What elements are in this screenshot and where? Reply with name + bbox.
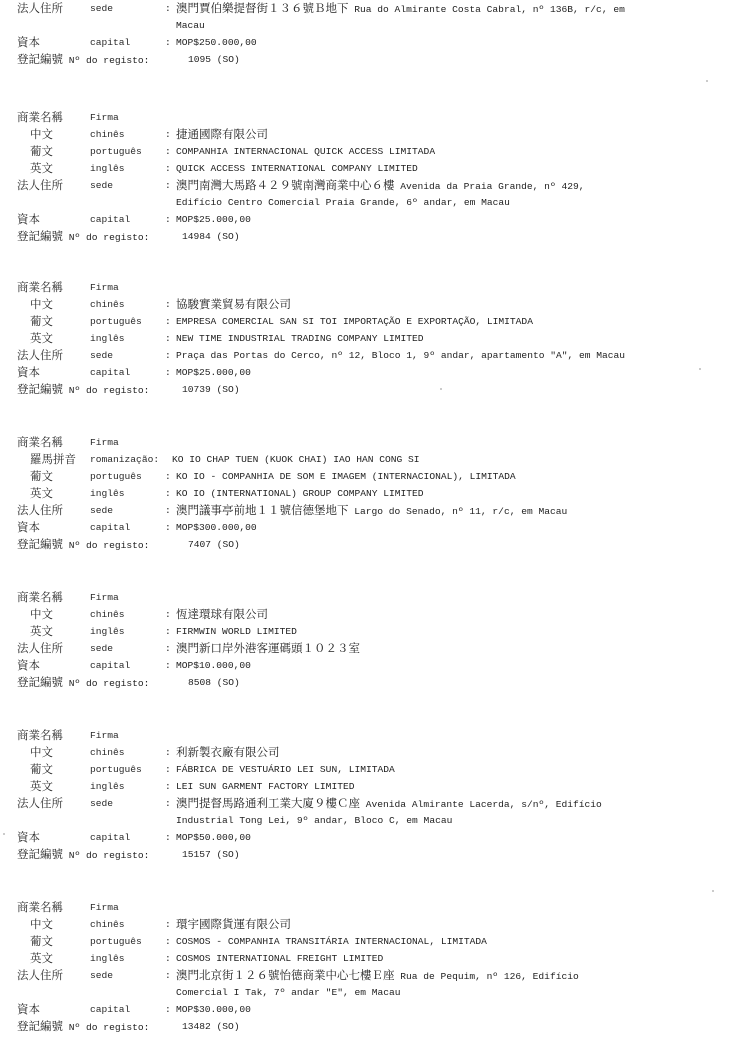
chines-value: 捷通國際有限公司: [176, 126, 268, 144]
sede-value: Praça das Portas do Cerco, nº 12, Bloco …: [176, 347, 625, 364]
company-entry-6: 商業名稱 Firma 中文 chinês : 環宇國際貨運有限公司 葡文 por…: [0, 899, 732, 1035]
registo-row: 登記編號 Nº do registo: 10739 (SO): [0, 381, 732, 398]
portugues-label-zh: 葡文: [30, 468, 53, 485]
sede-pt-cont: Comercial I Tak, 7º andar "E", em Macau: [176, 984, 401, 1001]
portugues-label-zh: 葡文: [30, 933, 53, 950]
colon: :: [165, 761, 171, 778]
capital-label-zh: 資本: [17, 1001, 40, 1018]
ingles-label-zh: 英文: [30, 778, 53, 795]
chines-name: 捷通國際有限公司: [176, 127, 268, 141]
registo-value: 1095 (SO): [188, 51, 240, 68]
colon: :: [165, 519, 171, 536]
ingles-value: COSMOS INTERNATIONAL FREIGHT LIMITED: [176, 950, 383, 967]
firma-label-zh: 商業名稱: [17, 727, 63, 744]
sede-value: 澳門賈伯樂提督街１３６號Ｂ地下 Rua do Almirante Costa C…: [176, 0, 625, 18]
portugues-label-zh: 葡文: [30, 761, 53, 778]
registo-label-zh: 登記編號: [17, 847, 63, 861]
ingles-value: LEI SUN GARMENT FACTORY LIMITED: [176, 778, 354, 795]
chines-value: 環宇國際貨運有限公司: [176, 916, 291, 934]
ingles-label-pt: inglês: [90, 485, 125, 502]
registo-row: 登記編號 Nº do registo: 1095 (SO): [0, 51, 732, 68]
portugues-value: COMPANHIA INTERNACIONAL QUICK ACCESS LIM…: [176, 143, 435, 160]
portugues-label-pt: português: [90, 761, 142, 778]
capital-label-zh: 資本: [17, 829, 40, 846]
registo-value: 8508 (SO): [188, 674, 240, 691]
colon: :: [165, 296, 171, 313]
ingles-row: 英文 inglês : KO IO (INTERNATIONAL) GROUP …: [0, 485, 732, 502]
registo-label-pt: Nº do registo:: [69, 55, 150, 66]
capital-label-pt: capital: [90, 829, 130, 846]
ingles-row: 英文 inglês : FIRMWIN WORLD LIMITED: [0, 623, 732, 640]
ingles-label-pt: inglês: [90, 623, 125, 640]
portugues-row: 葡文 português : KO IO - COMPANHIA DE SOM …: [0, 468, 732, 485]
registo-label: 登記編號 Nº do registo:: [17, 1018, 149, 1036]
capital-label-pt: capital: [90, 1001, 130, 1018]
chines-row: 中文 chinês : 協駿實業貿易有限公司: [0, 296, 732, 313]
registo-value: 7407 (SO): [188, 536, 240, 553]
sede-label-zh: 法人住所: [17, 0, 63, 17]
chines-row: 中文 chinês : 利新製衣廠有限公司: [0, 744, 732, 761]
sede-label-zh: 法人住所: [17, 795, 63, 812]
registo-label-pt: Nº do registo:: [69, 540, 150, 551]
romanizacao-label-pt: romanização:: [90, 451, 159, 468]
registo-label-pt: Nº do registo:: [69, 232, 150, 243]
colon: :: [165, 967, 171, 984]
firma-label-zh: 商業名稱: [17, 109, 63, 126]
registo-label-zh: 登記編號: [17, 382, 63, 396]
colon: :: [165, 778, 171, 795]
portugues-label-pt: português: [90, 313, 142, 330]
registo-label: 登記編號 Nº do registo:: [17, 536, 149, 554]
firma-label-pt: Firma: [90, 589, 119, 606]
portugues-label-zh: 葡文: [30, 313, 53, 330]
colon: :: [165, 313, 171, 330]
sede-label-pt: sede: [90, 502, 113, 519]
sede-label-zh: 法人住所: [17, 177, 63, 194]
registo-row: 登記編號 Nº do registo: 7407 (SO): [0, 536, 732, 553]
portugues-label-pt: português: [90, 468, 142, 485]
sede-label-zh: 法人住所: [17, 967, 63, 984]
registo-label-pt: Nº do registo:: [69, 385, 150, 396]
scan-speck: [706, 80, 708, 82]
capital-label-zh: 資本: [17, 34, 40, 51]
sede-value: 澳門北京街１２６號怡德商業中心七樓Ｅ座 Rua de Pequim, nº 12…: [176, 967, 579, 985]
ingles-value: QUICK ACCESS INTERNATIONAL COMPANY LIMIT…: [176, 160, 418, 177]
sede-row: 法人住所 sede : 澳門議事亭前地１１號信德堡地下 Largo do Sen…: [0, 502, 732, 519]
sede-zh: 澳門南灣大馬路４２９號南灣商業中心６樓: [176, 178, 395, 192]
colon: :: [165, 160, 171, 177]
firma-label-pt: Firma: [90, 727, 119, 744]
ingles-label-pt: inglês: [90, 950, 125, 967]
sede-label-zh: 法人住所: [17, 347, 63, 364]
chines-label-zh: 中文: [30, 126, 53, 143]
sede-zh: 澳門賈伯樂提督街１３６號Ｂ地下: [176, 1, 349, 15]
portugues-row: 葡文 português : COSMOS - COMPANHIA TRANSI…: [0, 933, 732, 950]
scan-speck: [440, 388, 442, 390]
capital-label-zh: 資本: [17, 211, 40, 228]
sede-label-pt: sede: [90, 795, 113, 812]
sede-label-pt: sede: [90, 967, 113, 984]
capital-value: MOP$10.000,00: [176, 657, 251, 674]
chines-row: 中文 chinês : 恆達環球有限公司: [0, 606, 732, 623]
ingles-label-pt: inglês: [90, 778, 125, 795]
firma-label-zh: 商業名稱: [17, 434, 63, 451]
registo-label-zh: 登記編號: [17, 229, 63, 243]
firma-label-pt: Firma: [90, 899, 119, 916]
company-entry-5: 商業名稱 Firma 中文 chinês : 利新製衣廠有限公司 葡文 port…: [0, 727, 732, 863]
ingles-value: KO IO (INTERNATIONAL) GROUP COMPANY LIMI…: [176, 485, 424, 502]
registo-label: 登記編號 Nº do registo:: [17, 228, 149, 246]
sede-label-pt: sede: [90, 0, 113, 17]
ingles-label-pt: inglês: [90, 330, 125, 347]
ingles-value: FIRMWIN WORLD LIMITED: [176, 623, 297, 640]
colon: :: [165, 829, 171, 846]
colon: :: [165, 950, 171, 967]
capital-value: MOP$25.000,00: [176, 211, 251, 228]
firma-row: 商業名稱 Firma: [0, 109, 732, 126]
colon: :: [165, 606, 171, 623]
sede-row: 法人住所 sede : Praça das Portas do Cerco, n…: [0, 347, 732, 364]
ingles-row: 英文 inglês : QUICK ACCESS INTERNATIONAL C…: [0, 160, 732, 177]
chines-value: 協駿實業貿易有限公司: [176, 296, 291, 314]
firma-row: 商業名稱 Firma: [0, 727, 732, 744]
romanizacao-label-zh: 羅馬拼音: [30, 451, 76, 468]
sede-pt: Avenida Almirante Lacerda, s/nº, Edifíci…: [360, 799, 602, 810]
sede-value: 澳門提督馬路通利工業大廈９樓Ｃ座 Avenida Almirante Lacer…: [176, 795, 602, 813]
sede-row: 法人住所 sede : 澳門北京街１２６號怡德商業中心七樓Ｅ座 Rua de P…: [0, 967, 732, 984]
sede-zh: 澳門北京街１２６號怡德商業中心七樓Ｅ座: [176, 968, 395, 982]
capital-label-zh: 資本: [17, 364, 40, 381]
capital-label-pt: capital: [90, 211, 130, 228]
ingles-row: 英文 inglês : COSMOS INTERNATIONAL FREIGHT…: [0, 950, 732, 967]
company-entry-3: 商業名稱 Firma 羅馬拼音 romanização: KO IO CHAP …: [0, 434, 732, 553]
colon: :: [165, 330, 171, 347]
colon: :: [165, 744, 171, 761]
chines-label-pt: chinês: [90, 126, 125, 143]
chines-label-zh: 中文: [30, 296, 53, 313]
sede-pt-cont: Macau: [176, 17, 205, 34]
sede-zh: 澳門議事亭前地１１號信德堡地下: [176, 503, 349, 517]
chines-name: 恆達環球有限公司: [176, 607, 268, 621]
portugues-value: KO IO - COMPANHIA DE SOM E IMAGEM (INTER…: [176, 468, 516, 485]
registo-label-zh: 登記編號: [17, 52, 63, 66]
capital-row: 資本 capital : MOP$50.000,00: [0, 829, 732, 846]
registo-row: 登記編號 Nº do registo: 15157 (SO): [0, 846, 732, 863]
company-entry-2: 商業名稱 Firma 中文 chinês : 協駿實業貿易有限公司 葡文 por…: [0, 279, 732, 398]
registo-row: 登記編號 Nº do registo: 14984 (SO): [0, 228, 732, 245]
colon: :: [165, 502, 171, 519]
firma-row: 商業名稱 Firma: [0, 589, 732, 606]
registo-label: 登記編號 Nº do registo:: [17, 381, 149, 399]
colon: :: [165, 916, 171, 933]
capital-row: 資本 capital : MOP$25.000,00: [0, 364, 732, 381]
portugues-value: COSMOS - COMPANHIA TRANSITÁRIA INTERNACI…: [176, 933, 487, 950]
chines-row: 中文 chinês : 環宇國際貨運有限公司: [0, 916, 732, 933]
colon: :: [165, 933, 171, 950]
chines-label-zh: 中文: [30, 606, 53, 623]
registo-label: 登記編號 Nº do registo:: [17, 674, 149, 692]
sede-row: 法人住所 sede : 澳門提督馬路通利工業大廈９樓Ｃ座 Avenida Alm…: [0, 795, 732, 812]
colon: :: [165, 211, 171, 228]
capital-label-zh: 資本: [17, 657, 40, 674]
colon: :: [165, 1001, 171, 1018]
romanizacao-value: KO IO CHAP TUEN (KUOK CHAI) IAO HAN CONG…: [172, 451, 420, 468]
company-entry-4: 商業名稱 Firma 中文 chinês : 恆達環球有限公司 英文 inglê…: [0, 589, 732, 691]
colon: :: [165, 347, 171, 364]
ingles-label-zh: 英文: [30, 485, 53, 502]
chines-value: 利新製衣廠有限公司: [176, 744, 280, 762]
colon: :: [165, 468, 171, 485]
sede-row-cont: Industrial Tong Lei, 9º andar, Bloco C, …: [0, 812, 732, 829]
portugues-row: 葡文 português : COMPANHIA INTERNACIONAL Q…: [0, 143, 732, 160]
registo-label-zh: 登記編號: [17, 675, 63, 689]
firma-row: 商業名稱 Firma: [0, 434, 732, 451]
registo-value: 15157 (SO): [182, 846, 240, 863]
colon: :: [165, 623, 171, 640]
registo-row: 登記編號 Nº do registo: 13482 (SO): [0, 1018, 732, 1035]
registo-label: 登記編號 Nº do registo:: [17, 846, 149, 864]
firma-label-zh: 商業名稱: [17, 589, 63, 606]
capital-label-pt: capital: [90, 34, 130, 51]
chines-label-pt: chinês: [90, 296, 125, 313]
registo-row: 登記編號 Nº do registo: 8508 (SO): [0, 674, 732, 691]
ingles-row: 英文 inglês : NEW TIME INDUSTRIAL TRADING …: [0, 330, 732, 347]
sede-row-cont: Edifício Centro Comercial Praia Grande, …: [0, 194, 732, 211]
firma-row: 商業名稱 Firma: [0, 899, 732, 916]
sede-row-cont: Comercial I Tak, 7º andar "E", em Macau: [0, 984, 732, 1001]
sede-pt: Rua do Almirante Costa Cabral, nº 136B, …: [349, 4, 625, 15]
ingles-row: 英文 inglês : LEI SUN GARMENT FACTORY LIMI…: [0, 778, 732, 795]
chines-label-zh: 中文: [30, 916, 53, 933]
sede-value: 澳門議事亭前地１１號信德堡地下 Largo do Senado, nº 11, …: [176, 502, 567, 520]
colon: :: [165, 0, 171, 17]
ingles-label-zh: 英文: [30, 330, 53, 347]
registo-value: 13482 (SO): [182, 1018, 240, 1035]
colon: :: [165, 657, 171, 674]
colon: :: [165, 485, 171, 502]
sede-row-cont: Macau: [0, 17, 732, 34]
capital-row: 資本 capital : MOP$300.000,00: [0, 519, 732, 536]
firma-label-zh: 商業名稱: [17, 899, 63, 916]
registo-label: 登記編號 Nº do registo:: [17, 51, 149, 69]
registo-label-pt: Nº do registo:: [69, 1022, 150, 1033]
portugues-value: EMPRESA COMERCIAL SAN SI TOI IMPORTAÇÃO …: [176, 313, 533, 330]
sede-pt-cont: Edifício Centro Comercial Praia Grande, …: [176, 194, 510, 211]
portugues-row: 葡文 português : EMPRESA COMERCIAL SAN SI …: [0, 313, 732, 330]
firma-label-zh: 商業名稱: [17, 279, 63, 296]
sede-value: 澳門南灣大馬路４２９號南灣商業中心６樓 Avenida da Praia Gra…: [176, 177, 585, 195]
scan-speck: [3, 833, 5, 835]
sede-label-pt: sede: [90, 177, 113, 194]
company-entry-0: 法人住所 sede : 澳門賈伯樂提督街１３６號Ｂ地下 Rua do Almir…: [0, 0, 732, 68]
capital-row: 資本 capital : MOP$25.000,00: [0, 211, 732, 228]
colon: :: [165, 34, 171, 51]
sede-pt: Avenida da Praia Grande, nº 429,: [395, 181, 585, 192]
capital-row: 資本 capital : MOP$30.000,00: [0, 1001, 732, 1018]
capital-label-pt: capital: [90, 364, 130, 381]
firma-label-pt: Firma: [90, 109, 119, 126]
portugues-label-zh: 葡文: [30, 143, 53, 160]
capital-row: 資本 capital : MOP$250.000,00: [0, 34, 732, 51]
capital-label-zh: 資本: [17, 519, 40, 536]
capital-value: MOP$25.000,00: [176, 364, 251, 381]
ingles-label-zh: 英文: [30, 160, 53, 177]
sede-value: 澳門新口岸外港客運碼頭１０２３室: [176, 640, 360, 658]
firma-label-pt: Firma: [90, 434, 119, 451]
registo-label-pt: Nº do registo:: [69, 850, 150, 861]
sede-label-pt: sede: [90, 640, 113, 657]
sede-pt-cont: Industrial Tong Lei, 9º andar, Bloco C, …: [176, 812, 452, 829]
romanizacao-row: 羅馬拼音 romanização: KO IO CHAP TUEN (KUOK …: [0, 451, 732, 468]
sede-pt: Rua de Pequim, nº 126, Edifício: [395, 971, 579, 982]
capital-value: MOP$50.000,00: [176, 829, 251, 846]
portugues-label-pt: português: [90, 143, 142, 160]
sede-row: 法人住所 sede : 澳門南灣大馬路４２９號南灣商業中心６樓 Avenida …: [0, 177, 732, 194]
sede-label-pt: sede: [90, 347, 113, 364]
sede-zh: 澳門新口岸外港客運碼頭１０２３室: [176, 641, 360, 655]
ingles-label-pt: inglês: [90, 160, 125, 177]
colon: :: [165, 143, 171, 160]
ingles-label-zh: 英文: [30, 950, 53, 967]
sede-label-zh: 法人住所: [17, 640, 63, 657]
sede-label-zh: 法人住所: [17, 502, 63, 519]
portugues-value: FÁBRICA DE VESTUÁRIO LEI SUN, LIMITADA: [176, 761, 395, 778]
portugues-label-pt: português: [90, 933, 142, 950]
capital-label-pt: capital: [90, 657, 130, 674]
registo-value: 10739 (SO): [182, 381, 240, 398]
registo-label-zh: 登記編號: [17, 537, 63, 551]
firma-row: 商業名稱 Firma: [0, 279, 732, 296]
colon: :: [165, 364, 171, 381]
registo-label-zh: 登記編號: [17, 1019, 63, 1033]
capital-value: MOP$250.000,00: [176, 34, 257, 51]
capital-value: MOP$30.000,00: [176, 1001, 251, 1018]
chines-label-zh: 中文: [30, 744, 53, 761]
scan-speck: [712, 890, 714, 892]
chines-name: 協駿實業貿易有限公司: [176, 297, 291, 311]
chines-name: 利新製衣廠有限公司: [176, 745, 280, 759]
chines-label-pt: chinês: [90, 916, 125, 933]
portugues-row: 葡文 português : FÁBRICA DE VESTUÁRIO LEI …: [0, 761, 732, 778]
colon: :: [165, 177, 171, 194]
colon: :: [165, 640, 171, 657]
capital-label-pt: capital: [90, 519, 130, 536]
ingles-value: NEW TIME INDUSTRIAL TRADING COMPANY LIMI…: [176, 330, 424, 347]
sede-row: 法人住所 sede : 澳門賈伯樂提督街１３６號Ｂ地下 Rua do Almir…: [0, 0, 732, 17]
registo-label-pt: Nº do registo:: [69, 678, 150, 689]
chines-label-pt: chinês: [90, 744, 125, 761]
capital-value: MOP$300.000,00: [176, 519, 257, 536]
ingles-label-zh: 英文: [30, 623, 53, 640]
registo-value: 14984 (SO): [182, 228, 240, 245]
firma-label-pt: Firma: [90, 279, 119, 296]
chines-name: 環宇國際貨運有限公司: [176, 917, 291, 931]
chines-value: 恆達環球有限公司: [176, 606, 268, 624]
sede-row: 法人住所 sede : 澳門新口岸外港客運碼頭１０２３室: [0, 640, 732, 657]
capital-row: 資本 capital : MOP$10.000,00: [0, 657, 732, 674]
sede-zh: 澳門提督馬路通利工業大廈９樓Ｃ座: [176, 796, 360, 810]
sede-pt: Largo do Senado, nº 11, r/c, em Macau: [349, 506, 568, 517]
colon: :: [165, 126, 171, 143]
company-entry-1: 商業名稱 Firma 中文 chinês : 捷通國際有限公司 葡文 portu…: [0, 109, 732, 245]
scan-speck: [699, 368, 701, 370]
chines-label-pt: chinês: [90, 606, 125, 623]
colon: :: [165, 795, 171, 812]
chines-row: 中文 chinês : 捷通國際有限公司: [0, 126, 732, 143]
